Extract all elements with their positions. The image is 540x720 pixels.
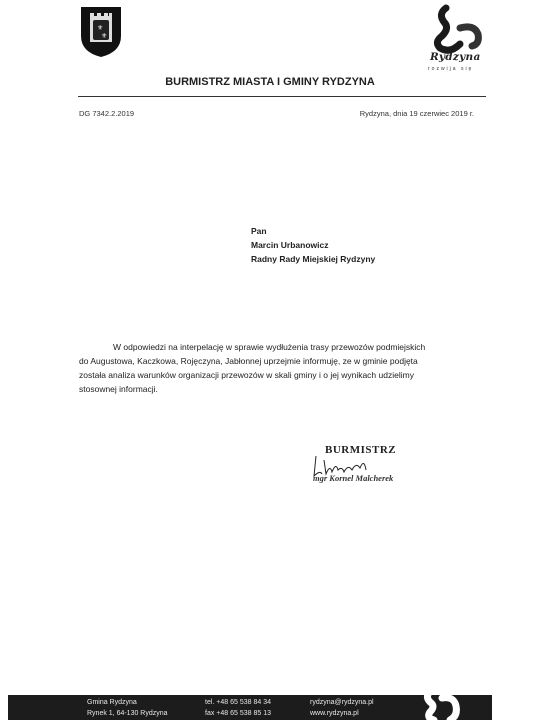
footer-org-name: Gmina Rydzyna [87, 698, 168, 709]
body-line: do Augustowa, Kaczkowa, Rojęczyna, Jabło… [79, 354, 499, 368]
recipient-role: Radny Rady Miejskiej Rydzyny [251, 252, 375, 266]
footer-swirl-logo-icon [418, 688, 470, 720]
footer-street: Rynek 1, 64-130 Rydzyna [87, 709, 168, 720]
reference-number: DG 7342.2.2019 [79, 109, 134, 118]
letter-body: W odpowiedzi na interpelację w sprawie w… [79, 340, 499, 396]
footer-phones: tel. +48 65 538 84 34 fax +48 65 538 85 … [205, 698, 271, 719]
body-line: stosownej informacji. [79, 382, 499, 396]
footer-address: Gmina Rydzyna Rynek 1, 64-130 Rydzyna [87, 698, 168, 719]
footer-fax: fax +48 65 538 85 13 [205, 709, 271, 720]
header-divider [78, 96, 486, 97]
recipient-salutation: Pan [251, 224, 375, 238]
recipient-name: Marcin Urbanowicz [251, 238, 375, 252]
footer-phone: tel. +48 65 538 84 34 [205, 698, 271, 709]
footer-email[interactable]: rydzyna@rydzyna.pl [310, 698, 374, 709]
recipient-block: Pan Marcin Urbanowicz Radny Rady Miejski… [251, 224, 375, 266]
brand-name: Rydzyna [430, 51, 481, 63]
brand-tagline: rozwija się [428, 66, 473, 72]
letter-date: Rydzyna, dnia 19 czerwiec 2019 r. [360, 109, 474, 118]
body-line: W odpowiedzi na interpelację w sprawie w… [113, 342, 425, 352]
letterhead-title: BURMISTRZ MIASTA I GMINY RYDZYNA [0, 76, 540, 88]
rydzyna-coat-of-arms-icon: ⚜ ⚜ [80, 6, 122, 58]
body-line: została analiza warunków organizacji prz… [79, 368, 499, 382]
svg-text:⚜: ⚜ [97, 24, 103, 32]
signatory-name: mgr Kornel Malcherek [313, 473, 393, 483]
footer-contact: rydzyna@rydzyna.pl www.rydzyna.pl [310, 698, 374, 719]
svg-text:⚜: ⚜ [101, 32, 107, 40]
footer-website[interactable]: www.rydzyna.pl [310, 709, 374, 720]
